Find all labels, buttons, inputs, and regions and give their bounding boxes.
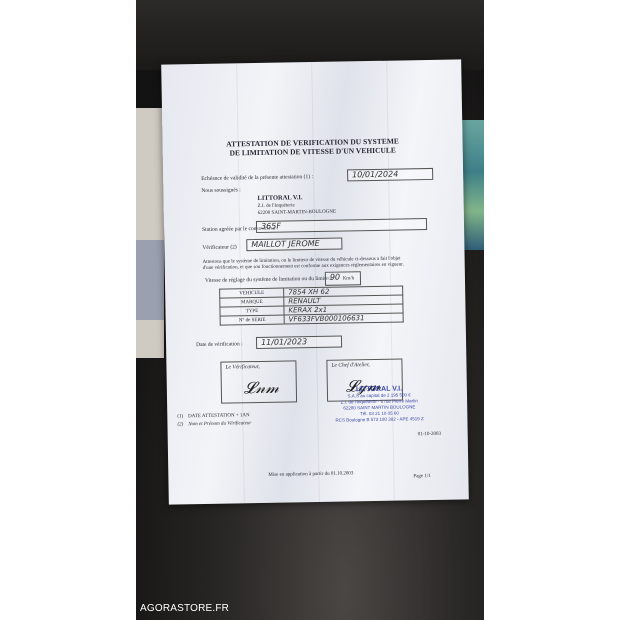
verification-date-value: 11/01/2023 — [256, 336, 342, 349]
verifier-label: Vérificateur (2) — [202, 244, 236, 251]
expiry-label: Echéance de validité de la présente atte… — [201, 174, 313, 182]
company-address-2: 62200 SAINT-MARTIN-BOULOGNE — [258, 210, 336, 216]
vehicle-table: VEHICULE7854 XH 62 MARQUERENAULT TYPEKER… — [219, 285, 404, 325]
undersigned-label: Nous soussignés : — [201, 187, 241, 194]
company-stamp: LITTORAL V.I. S.A.S au capital de 2 195 … — [335, 386, 424, 424]
footnote-2: (2) Nom et Prénom du Vérificateur — [177, 421, 251, 427]
footer-text: Mise en application à partir du 01.10.20… — [268, 471, 353, 477]
watermark: AGORASTORE.FR — [140, 603, 229, 614]
page-number: Page 1/1 — [413, 474, 430, 479]
verifier-signature: 𝓛𝓃𝓂 — [244, 378, 279, 399]
company-address-1: Z.I. de l'Inquéterie — [258, 203, 295, 209]
background-card-left — [136, 240, 164, 320]
attestation-document: ATTESTATION DE VERIFICATION DU SYSTEME D… — [161, 59, 469, 504]
background-paper-left — [136, 108, 164, 358]
verifier-value: MAILLOT JEROME — [246, 238, 342, 252]
station-value: 365F — [256, 218, 427, 233]
speed-box: 90 Km/h — [325, 271, 361, 286]
background-card-right — [462, 120, 484, 250]
document-title: ATTESTATION DE VERIFICATION DU SYSTEME D… — [163, 135, 463, 158]
document-date: 01-10-2003 — [418, 432, 441, 437]
expiry-value: 10/01/2024 — [347, 168, 433, 181]
speed-label: Vitesse de réglage du système de limitat… — [205, 276, 336, 284]
footnote-1: (1) DATE ATTESTATION + 1AN — [177, 413, 249, 419]
verifier-signature-box: Le Vérificateur, 𝓛𝓃𝓂 — [220, 360, 297, 403]
table-row: N° de SERIEVF633FVB000106631 — [220, 313, 403, 325]
company-name: LITTORAL V.I. — [257, 194, 302, 202]
verification-date-label: Date de vérification : — [196, 341, 243, 348]
